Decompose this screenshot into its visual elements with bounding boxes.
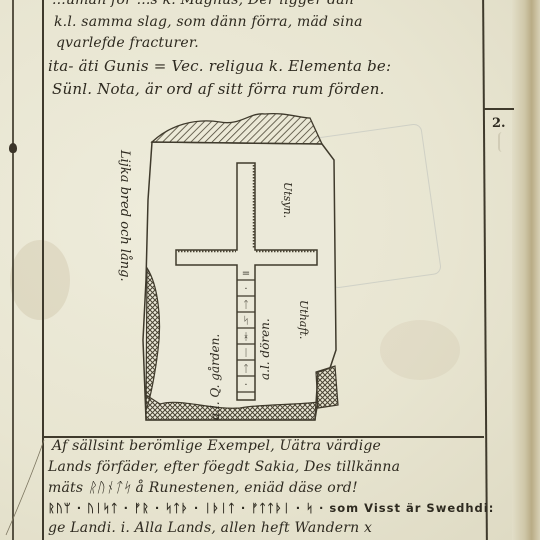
shaft-rune-marks: = · ᛏ ᛋ ᚼ ᛁ ᛏ · xyxy=(239,266,253,394)
bottom-text-line-1: Af sällsint berömlige Exempel, Uätra vär… xyxy=(52,438,381,454)
label-right-of-shaft: a.l. dören. xyxy=(258,318,272,380)
bottom-text-line-2: Lands förfäder, efter föegdt Sakia, Des … xyxy=(48,459,400,475)
bottom-rune-transcription: ᚱᚢᛘ · ᚢᛁᛋᛏ · ᚠᚱ · ᛋᛏᚦ · ᛁᚦᛁᛏ · ᚠᛏᛏᚦᛁ · ᛋ… xyxy=(48,501,494,515)
stone-top-broken-edge xyxy=(152,114,322,144)
stone-corner-chip xyxy=(316,366,338,408)
manuscript-page: 2. ...uman for ...s k. Magnus, Der ligge… xyxy=(0,0,540,540)
label-lower-right: Uthaft. xyxy=(297,300,310,339)
bottom-text-line-3: mäts ᚱᚢᚾᛏᛋ å Runestenen, eniäd däse ord! xyxy=(48,480,358,496)
stone-dimension-caption: Lijka bred och lång. xyxy=(117,150,132,282)
label-upper-right: Utsyn. xyxy=(281,182,294,218)
bottom-text-line-5: ge Landi. i. Alla Lands, allen heft Wand… xyxy=(48,520,372,536)
label-left-of-shaft: a.l. Q. gården. xyxy=(208,334,222,420)
